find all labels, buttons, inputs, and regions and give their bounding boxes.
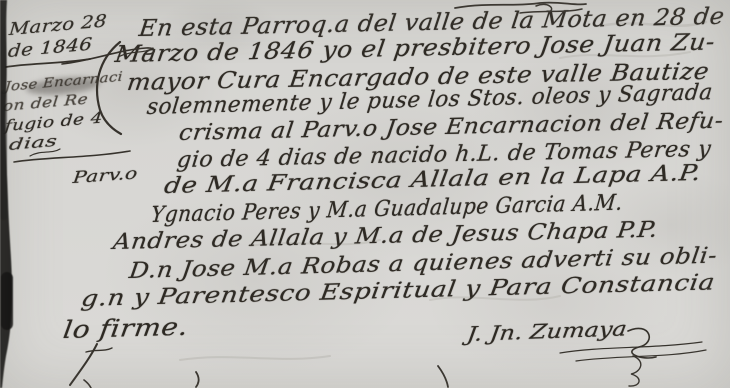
margin-line-date-year: de 1846 — [6, 36, 79, 62]
priest-signature: J. Jn. Zumaya — [466, 317, 600, 346]
manuscript-scan: Marzo 28 de 1846 Jose Encarnaci on del R… — [0, 0, 730, 388]
firma-descender-flourish — [70, 344, 112, 385]
margin-line-age: dias — [7, 133, 41, 154]
margin-line-parvulo: Parv.o — [71, 164, 123, 187]
manuscript-line-12: lo firme. — [62, 313, 170, 344]
next-entry-partial-strokes — [84, 366, 448, 388]
